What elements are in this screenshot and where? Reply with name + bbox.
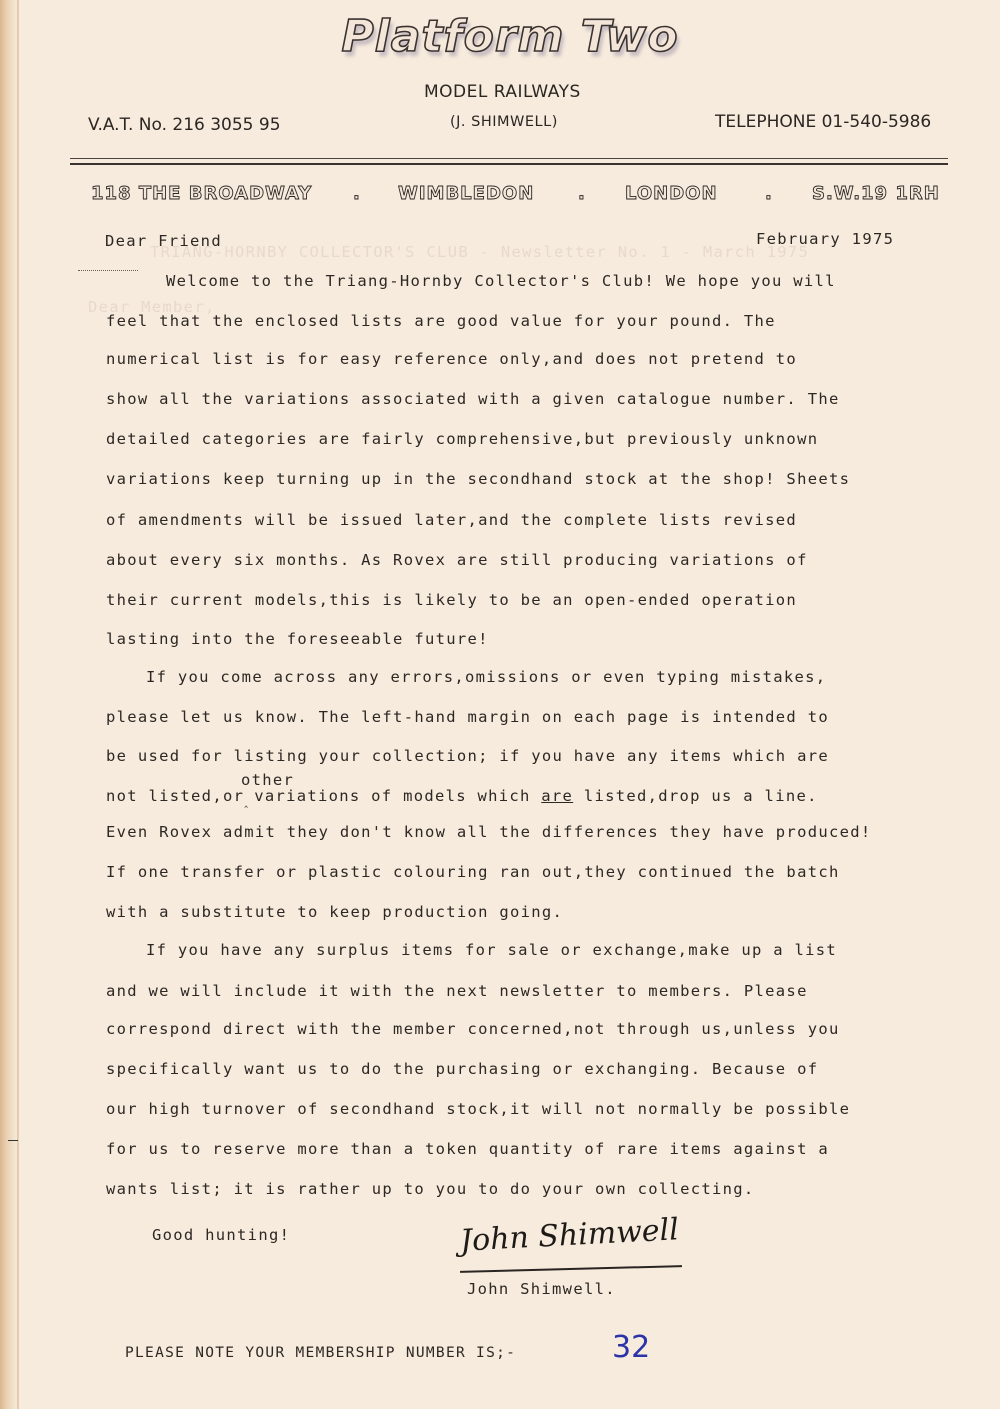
letter-date: February 1975 xyxy=(756,230,894,248)
address-separator: . xyxy=(765,183,773,204)
text-line: not listed,or‸variations of models which… xyxy=(106,787,818,808)
text-line: be used for listing your collection; if … xyxy=(106,747,829,765)
text-line: correspond direct with the member concer… xyxy=(106,1020,840,1038)
membership-label: PLEASE NOTE YOUR MEMBERSHIP NUMBER IS;- xyxy=(125,1345,516,1361)
text-line: If one transfer or plastic colouring ran… xyxy=(106,863,840,881)
text-line: their current models,this is likely to b… xyxy=(106,591,797,609)
text-line: and we will include it with the next new… xyxy=(106,982,808,1000)
margin-mark xyxy=(8,1140,18,1141)
closing: Good hunting! xyxy=(152,1226,290,1244)
text-segment: variations of models which xyxy=(254,787,541,805)
company-subtitle: MODEL RAILWAYS xyxy=(424,82,581,102)
text-line: show all the variations associated with … xyxy=(106,390,840,408)
proprietor-name: (J. SHIMWELL) xyxy=(450,114,558,130)
address-town: WIMBLEDON xyxy=(398,183,534,204)
margin-dots xyxy=(78,270,138,271)
text-line: If you have any surplus items for sale o… xyxy=(146,941,837,959)
address-postcode: S.W.19 1RH xyxy=(812,183,940,204)
letterhead-rule-thick xyxy=(70,163,948,165)
membership-number: 32 xyxy=(612,1330,650,1365)
telephone-number: TELEPHONE 01-540-5986 xyxy=(715,112,931,132)
address-separator: . xyxy=(578,183,586,204)
text-line: variations keep turning up in the second… xyxy=(106,470,850,488)
text-line: lasting into the foreseeable future! xyxy=(106,630,489,648)
text-line: of amendments will be issued later,and t… xyxy=(106,511,797,529)
address-city: LONDON xyxy=(625,183,718,204)
text-line: specifically want us to do the purchasin… xyxy=(106,1060,818,1078)
vat-number: V.A.T. No. 216 3055 95 xyxy=(88,115,281,135)
text-line: wants list; it is rather up to you to do… xyxy=(106,1180,755,1198)
insertion-caret-icon: ‸ xyxy=(244,795,254,808)
text-line: numerical list is for easy reference onl… xyxy=(106,350,797,368)
handwritten-signature: John Shimwell xyxy=(459,1212,679,1258)
signatory-name: John Shimwell. xyxy=(467,1280,616,1298)
address-street: 118 THE BROADWAY xyxy=(91,183,312,204)
text-line: feel that the enclosed lists are good va… xyxy=(106,312,776,330)
text-line: our high turnover of secondhand stock,it… xyxy=(106,1100,850,1118)
paper-edge-line xyxy=(18,0,19,1409)
text-line: Even Rovex admit they don't know all the… xyxy=(106,823,872,841)
text-segment: not listed,or xyxy=(106,787,244,805)
letter-page: TRIANG-HORNBY COLLECTOR'S CLUB - Newslet… xyxy=(0,0,1000,1409)
paper-edge xyxy=(0,0,18,1409)
bleed-through-heading: TRIANG-HORNBY COLLECTOR'S CLUB - Newslet… xyxy=(150,243,809,261)
underlined-word: are xyxy=(541,787,573,805)
text-line: for us to reserve more than a token quan… xyxy=(106,1140,829,1158)
letterhead-rule-thin xyxy=(70,158,948,159)
text-line: about every six months. As Rovex are sti… xyxy=(106,551,808,569)
text-line: with a substitute to keep production goi… xyxy=(106,903,563,921)
salutation: Dear Friend xyxy=(105,232,222,250)
address-separator: . xyxy=(353,183,361,204)
text-line: please let us know. The left-hand margin… xyxy=(106,708,829,726)
text-line: detailed categories are fairly comprehen… xyxy=(106,430,818,448)
text-segment: listed,drop us a line. xyxy=(573,787,818,805)
text-line: Welcome to the Triang-Hornby Collector's… xyxy=(166,272,836,290)
signature-underline xyxy=(460,1265,682,1273)
text-line: If you come across any errors,omissions … xyxy=(146,668,826,686)
company-logo: Platform Two xyxy=(340,12,680,62)
